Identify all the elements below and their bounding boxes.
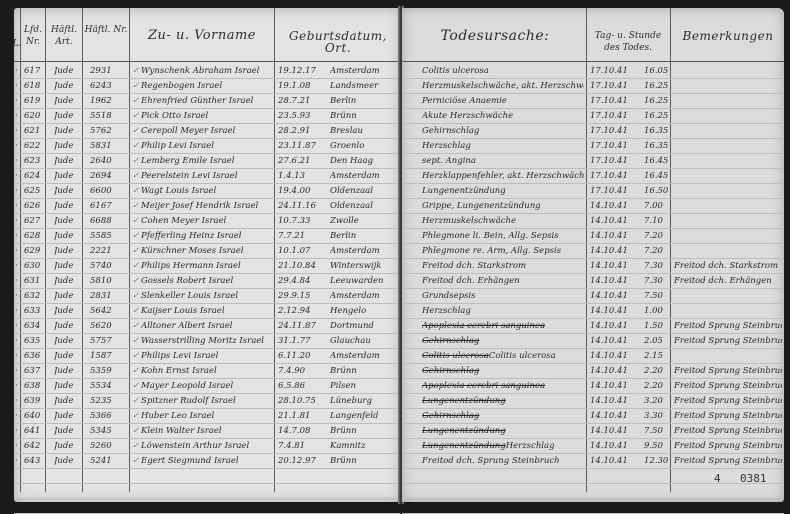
table-row: Perniciöse Anaemie17.10.4116.25 bbox=[402, 94, 784, 109]
death-time-cell: 16.25 bbox=[644, 81, 670, 91]
death-time-cell: 1.50 bbox=[644, 321, 670, 331]
cause-cell: Herzschlag bbox=[422, 306, 584, 316]
margin-mark: · bbox=[15, 351, 21, 361]
ruled-line bbox=[402, 333, 784, 334]
haeftl-nr-cell: 5366 bbox=[90, 411, 128, 421]
birth-date-cell: 7.7.21 bbox=[278, 231, 322, 241]
cause-cell: Phlegmone re. Arm, Allg. Sepsis bbox=[422, 246, 584, 256]
lfd-nr-cell: 619 bbox=[24, 96, 46, 106]
haeftl-art-cell: Jude bbox=[54, 126, 82, 136]
name-cell: Regenbogen Israel bbox=[141, 81, 273, 91]
birth-place-cell: Brünn bbox=[330, 456, 398, 466]
birth-place-cell: Brünn bbox=[330, 426, 398, 436]
check-icon: ✓ bbox=[132, 201, 140, 211]
haeftl-art-cell: Jude bbox=[54, 426, 82, 436]
haeftl-art-cell: Jude bbox=[54, 381, 82, 391]
birth-date-cell: 29.9.15 bbox=[278, 291, 322, 301]
birth-date-cell: 28.7.21 bbox=[278, 96, 322, 106]
margin-mark: · bbox=[15, 321, 21, 331]
cause-cell: Akute Herzschwäche bbox=[422, 111, 584, 121]
ruled-line bbox=[402, 378, 784, 379]
birth-place-cell: Breslau bbox=[330, 126, 398, 136]
birth-place-cell: Leeuwarden bbox=[330, 276, 398, 286]
death-time-cell: 16.50 bbox=[644, 186, 670, 196]
cause-cell: sept. Angina bbox=[422, 156, 584, 166]
check-icon: ✓ bbox=[132, 276, 140, 286]
birth-place-cell: Pilsen bbox=[330, 381, 398, 391]
cause-cell: Colitis ulcerosa Colitis ulcerosa bbox=[422, 351, 584, 361]
ruled-line bbox=[402, 303, 784, 304]
haeftl-art-cell: Jude bbox=[54, 231, 82, 241]
check-icon: ✓ bbox=[132, 291, 140, 301]
lfd-nr-cell: 624 bbox=[24, 171, 46, 181]
death-date-cell: 14.10.41 bbox=[590, 201, 640, 211]
lfd-nr-cell: 635 bbox=[24, 336, 46, 346]
haeftl-nr-cell: 1587 bbox=[90, 351, 128, 361]
birth-place-cell: Dortmund bbox=[330, 321, 398, 331]
death-time-cell: 7.50 bbox=[644, 291, 670, 301]
check-icon: ✓ bbox=[132, 216, 140, 226]
death-time-cell: 2.05 bbox=[644, 336, 670, 346]
table-row: Freitod dch. Erhängen14.10.417.30Freitod… bbox=[402, 274, 784, 289]
ruled-line bbox=[14, 123, 400, 124]
name-cell: Klein Walter Israel bbox=[141, 426, 273, 436]
header-haeftl-art: Häftl. Art. bbox=[47, 24, 81, 48]
ruled-line bbox=[14, 468, 400, 469]
table-row: ·632Jude2831✓Slenkeller Louis Israel29.9… bbox=[14, 289, 400, 304]
ruled-line bbox=[14, 438, 400, 439]
birth-date-cell: 28.10.75 bbox=[278, 396, 322, 406]
ruled-line bbox=[402, 198, 784, 199]
ruled-line bbox=[402, 318, 784, 319]
ruled-line bbox=[402, 213, 784, 214]
ruled-line bbox=[402, 453, 784, 454]
death-time-cell: 3.30 bbox=[644, 411, 670, 421]
birth-place-cell: Kamnitz bbox=[330, 441, 398, 451]
table-row: ·629Jude2221✓Kürschner Moses Israel10.1.… bbox=[14, 244, 400, 259]
check-icon: ✓ bbox=[132, 66, 140, 76]
table-row: ·643Jude5241✓Egert Siegmund Israel20.12.… bbox=[14, 454, 400, 469]
death-time-cell: 16.05 bbox=[644, 66, 670, 76]
death-time-cell: 16.45 bbox=[644, 156, 670, 166]
haeftl-nr-cell: 5831 bbox=[90, 141, 128, 151]
birth-date-cell: 29.4.84 bbox=[278, 276, 322, 286]
death-time-cell: 16.35 bbox=[644, 141, 670, 151]
birth-date-cell: 19.1.08 bbox=[278, 81, 322, 91]
birth-place-cell: Berlin bbox=[330, 96, 398, 106]
name-cell: Wagt Louis Israel bbox=[141, 186, 273, 196]
death-date-cell: 17.10.41 bbox=[590, 126, 640, 136]
cause-cell: Phlegmone li. Bein, Allg. Sepsis bbox=[422, 231, 584, 241]
ruled-line bbox=[14, 243, 400, 244]
birth-place-cell: Oldenzaal bbox=[330, 201, 398, 211]
haeftl-nr-cell: 5762 bbox=[90, 126, 128, 136]
ruled-line bbox=[14, 483, 400, 484]
check-icon: ✓ bbox=[132, 396, 140, 406]
margin-mark: · bbox=[15, 411, 21, 421]
cause-cell: Gehirnschlag bbox=[422, 411, 584, 421]
table-row: Herzmuskelschwäche14.10.417.10 bbox=[402, 214, 784, 229]
haeftl-art-cell: Jude bbox=[54, 456, 82, 466]
haeftl-nr-cell: 6167 bbox=[90, 201, 128, 211]
table-row: ·639Jude5235✓Spitzner Rudolf Israel28.10… bbox=[14, 394, 400, 409]
ruled-line bbox=[14, 153, 400, 154]
remarks-cell: Freitod Sprung Steinbruch bbox=[674, 411, 782, 421]
table-row: Apoplexia cerebri sanguinea14.10.411.50F… bbox=[402, 319, 784, 334]
death-time-cell: 7.50 bbox=[644, 426, 670, 436]
margin-mark: · bbox=[15, 186, 21, 196]
cause-cell: Lungenentzündung Herzschlag bbox=[422, 441, 584, 451]
header-cause: Todesursache: bbox=[406, 30, 584, 42]
check-icon: ✓ bbox=[132, 96, 140, 106]
name-cell: Kaijser Louis Israel bbox=[141, 306, 273, 316]
death-time-cell: 16.35 bbox=[644, 126, 670, 136]
haeftl-art-cell: Jude bbox=[54, 321, 82, 331]
cause-cell: Gehirnschlag bbox=[422, 126, 584, 136]
margin-mark: · bbox=[15, 261, 21, 271]
haeftl-nr-cell: 5642 bbox=[90, 306, 128, 316]
margin-mark: · bbox=[15, 216, 21, 226]
lfd-nr-cell: 637 bbox=[24, 366, 46, 376]
ruled-line bbox=[14, 168, 400, 169]
name-cell: Meijer Josef Hendrik Israel bbox=[141, 201, 273, 211]
check-icon: ✓ bbox=[132, 426, 140, 436]
lfd-nr-cell: 640 bbox=[24, 411, 46, 421]
ruled-line bbox=[402, 408, 784, 409]
table-row: Gehirnschlag14.10.413.30Freitod Sprung S… bbox=[402, 409, 784, 424]
death-time-cell: 7.30 bbox=[644, 261, 670, 271]
birth-date-cell: 7.4.90 bbox=[278, 366, 322, 376]
lfd-nr-cell: 628 bbox=[24, 231, 46, 241]
ruled-line bbox=[14, 213, 400, 214]
lfd-nr-cell: 631 bbox=[24, 276, 46, 286]
lfd-nr-cell: 622 bbox=[24, 141, 46, 151]
death-date-cell: 14.10.41 bbox=[590, 276, 640, 286]
cause-cell: Colitis ulcerosa bbox=[422, 66, 584, 76]
birth-date-cell: 24.11.87 bbox=[278, 321, 322, 331]
birth-place-cell: Berlin bbox=[330, 231, 398, 241]
ruled-line bbox=[402, 93, 784, 94]
table-row: Gehirnschlag14.10.412.05Freitod Sprung S… bbox=[402, 334, 784, 349]
haeftl-art-cell: Jude bbox=[54, 216, 82, 226]
lfd-nr-cell: 625 bbox=[24, 186, 46, 196]
birth-date-cell: 14.7.08 bbox=[278, 426, 322, 436]
birth-place-cell: Zwolle bbox=[330, 216, 398, 226]
ruled-line bbox=[14, 318, 400, 319]
death-date-cell: 17.10.41 bbox=[590, 66, 640, 76]
name-cell: Philip Levi Israel bbox=[141, 141, 273, 151]
lfd-nr-cell: 641 bbox=[24, 426, 46, 436]
death-date-cell: 17.10.41 bbox=[590, 141, 640, 151]
margin-mark: · bbox=[15, 336, 21, 346]
check-icon: ✓ bbox=[132, 321, 140, 331]
header-date-time: Tag- u. Stunde des Todes. bbox=[588, 30, 668, 54]
ruled-line bbox=[402, 498, 784, 499]
margin-mark: · bbox=[15, 381, 21, 391]
death-date-cell: 14.10.41 bbox=[590, 381, 640, 391]
name-cell: Pick Otto Israel bbox=[141, 111, 273, 121]
table-row: ·627Jude6688✓Cohen Meyer Israel10.7.33Zw… bbox=[14, 214, 400, 229]
birth-date-cell: 21.1.81 bbox=[278, 411, 322, 421]
table-row: ·633Jude5642✓Kaijser Louis Israel2.12.94… bbox=[14, 304, 400, 319]
ruled-line bbox=[14, 378, 400, 379]
margin-mark: · bbox=[15, 291, 21, 301]
cause-cell: Herzmuskelschwäche, akt. Herzschwäche bbox=[422, 81, 584, 91]
table-row: ·630Jude5740✓Philips Hermann Israel21.10… bbox=[14, 259, 400, 274]
ruled-line bbox=[14, 258, 400, 259]
birth-place-cell: Den Haag bbox=[330, 156, 398, 166]
table-row: Herzschlag17.10.4116.35 bbox=[402, 139, 784, 154]
death-date-cell: 14.10.41 bbox=[590, 411, 640, 421]
haeftl-art-cell: Jude bbox=[54, 141, 82, 151]
haeftl-art-cell: Jude bbox=[54, 366, 82, 376]
check-icon: ✓ bbox=[132, 231, 140, 241]
death-date-cell: 17.10.41 bbox=[590, 186, 640, 196]
name-cell: Lemberg Emile Israel bbox=[141, 156, 273, 166]
birth-place-cell: Langenfeld bbox=[330, 411, 398, 421]
lfd-nr-cell: 620 bbox=[24, 111, 46, 121]
ledger-book: L. Lfd. Nr. Häftl. Art. Häftl. Nr. Zu- u… bbox=[0, 0, 790, 514]
death-time-cell: 12.30 bbox=[644, 456, 670, 466]
ruled-line bbox=[14, 423, 400, 424]
haeftl-nr-cell: 5757 bbox=[90, 336, 128, 346]
death-time-cell: 16.25 bbox=[644, 111, 670, 121]
death-time-cell: 7.10 bbox=[644, 216, 670, 226]
lfd-nr-cell: 639 bbox=[24, 396, 46, 406]
death-date-cell: 17.10.41 bbox=[590, 96, 640, 106]
table-row: ·617Jude2931✓Wynschenk Abraham Israel19.… bbox=[14, 64, 400, 79]
death-date-cell: 14.10.41 bbox=[590, 366, 640, 376]
margin-mark: · bbox=[15, 126, 21, 136]
check-icon: ✓ bbox=[132, 456, 140, 466]
table-row: Lungenentzündung14.10.413.20Freitod Spru… bbox=[402, 394, 784, 409]
check-icon: ✓ bbox=[132, 171, 140, 181]
haeftl-art-cell: Jude bbox=[54, 246, 82, 256]
death-time-cell: 7.00 bbox=[644, 201, 670, 211]
lfd-nr-cell: 623 bbox=[24, 156, 46, 166]
haeftl-art-cell: Jude bbox=[54, 66, 82, 76]
name-cell: Gossels Robert Israel bbox=[141, 276, 273, 286]
table-row: Lungenentzündung14.10.417.50Freitod Spru… bbox=[402, 424, 784, 439]
table-row: Akute Herzschwäche17.10.4116.25 bbox=[402, 109, 784, 124]
death-date-cell: 14.10.41 bbox=[590, 321, 640, 331]
margin-mark: · bbox=[15, 96, 21, 106]
header-lfd-nr: Lfd. Nr. bbox=[22, 24, 44, 48]
margin-mark: · bbox=[15, 141, 21, 151]
birth-place-cell: Amsterdam bbox=[330, 291, 398, 301]
check-icon: ✓ bbox=[132, 156, 140, 166]
table-row: ·622Jude5831✓Philip Levi Israel23.11.87G… bbox=[14, 139, 400, 154]
birth-date-cell: 19.12.17 bbox=[278, 66, 322, 76]
lfd-nr-cell: 630 bbox=[24, 261, 46, 271]
check-icon: ✓ bbox=[132, 366, 140, 376]
cause-cell: Gehirnschlag bbox=[422, 336, 584, 346]
ruled-line bbox=[402, 78, 784, 79]
ruled-line bbox=[402, 108, 784, 109]
ruled-line bbox=[402, 183, 784, 184]
remarks-cell: Freitod Sprung Steinbruch bbox=[674, 456, 782, 466]
haeftl-art-cell: Jude bbox=[54, 171, 82, 181]
death-time-cell: 16.25 bbox=[644, 96, 670, 106]
name-cell: Löwenstein Arthur Israel bbox=[141, 441, 273, 451]
haeftl-art-cell: Jude bbox=[54, 276, 82, 286]
birth-date-cell: 19.4.00 bbox=[278, 186, 322, 196]
ruled-line bbox=[14, 288, 400, 289]
table-row: Phlegmone re. Arm, Allg. Sepsis14.10.417… bbox=[402, 244, 784, 259]
ruled-line bbox=[402, 423, 784, 424]
table-row: Grippe, Lungenentzündung14.10.417.00 bbox=[402, 199, 784, 214]
death-date-cell: 14.10.41 bbox=[590, 231, 640, 241]
birth-place-cell: Winterswijk bbox=[330, 261, 398, 271]
table-row: ·637Jude5359✓Kohn Ernst Israel7.4.90Brün… bbox=[14, 364, 400, 379]
table-row: ·626Jude6167✓Meijer Josef Hendrik Israel… bbox=[14, 199, 400, 214]
table-row: ·618Jude6243✓Regenbogen Israel19.1.08Lan… bbox=[14, 79, 400, 94]
haeftl-nr-cell: 2640 bbox=[90, 156, 128, 166]
margin-mark: · bbox=[15, 111, 21, 121]
ruled-line bbox=[14, 273, 400, 274]
check-icon: ✓ bbox=[132, 126, 140, 136]
table-row: Herzmuskelschwäche, akt. Herzschwäche17.… bbox=[402, 79, 784, 94]
haeftl-nr-cell: 5235 bbox=[90, 396, 128, 406]
haeftl-nr-cell: 5345 bbox=[90, 426, 128, 436]
birth-date-cell: 27.6.21 bbox=[278, 156, 322, 166]
birth-date-cell: 24.11.16 bbox=[278, 201, 322, 211]
check-icon: ✓ bbox=[132, 306, 140, 316]
lfd-nr-cell: 633 bbox=[24, 306, 46, 316]
death-time-cell: 9.50 bbox=[644, 441, 670, 451]
remarks-cell: Freitod Sprung Steinbruch bbox=[674, 381, 782, 391]
death-time-cell: 2.20 bbox=[644, 381, 670, 391]
name-cell: Slenkeller Louis Israel bbox=[141, 291, 273, 301]
haeftl-art-cell: Jude bbox=[54, 336, 82, 346]
cause-cell: Perniciöse Anaemie bbox=[422, 96, 584, 106]
table-row: ·636Jude1587✓Philips Levi Israel6.11.20A… bbox=[14, 349, 400, 364]
cause-cell: Gehirnschlag bbox=[422, 366, 584, 376]
death-date-cell: 14.10.41 bbox=[590, 306, 640, 316]
lfd-nr-cell: 618 bbox=[24, 81, 46, 91]
birth-place-cell: Brünn bbox=[330, 111, 398, 121]
name-cell: Egert Siegmund Israel bbox=[141, 456, 273, 466]
haeftl-nr-cell: 6600 bbox=[90, 186, 128, 196]
death-time-cell: 1.00 bbox=[644, 306, 670, 316]
ruled-line bbox=[14, 333, 400, 334]
ruled-line bbox=[14, 228, 400, 229]
birth-date-cell: 28.2.91 bbox=[278, 126, 322, 136]
ruled-line bbox=[14, 198, 400, 199]
haeftl-art-cell: Jude bbox=[54, 306, 82, 316]
table-row: Colitis ulcerosa Colitis ulcerosa14.10.4… bbox=[402, 349, 784, 364]
table-row: ·634Jude5620✓Alltoner Albert Israel24.11… bbox=[14, 319, 400, 334]
lfd-nr-cell: 643 bbox=[24, 456, 46, 466]
death-time-cell: 3.20 bbox=[644, 396, 670, 406]
death-time-cell: 2.20 bbox=[644, 366, 670, 376]
name-cell: Spitzner Rudolf Israel bbox=[141, 396, 273, 406]
margin-mark: · bbox=[15, 231, 21, 241]
name-cell: Huber Leo Israel bbox=[141, 411, 273, 421]
margin-mark: · bbox=[15, 171, 21, 181]
cause-cell: Lungenentzündung bbox=[422, 186, 584, 196]
ruled-line bbox=[402, 228, 784, 229]
cause-cell: Lungenentzündung bbox=[422, 396, 584, 406]
check-icon: ✓ bbox=[132, 261, 140, 271]
header-remarks: Bemerkungen bbox=[672, 30, 784, 42]
birth-place-cell: Amsterdam bbox=[330, 171, 398, 181]
ruled-line bbox=[14, 183, 400, 184]
remarks-cell: Freitod Sprung Steinbruch bbox=[674, 321, 782, 331]
death-time-cell: 7.30 bbox=[644, 276, 670, 286]
death-date-cell: 14.10.41 bbox=[590, 456, 640, 466]
table-row: Gehirnschlag17.10.4116.35 bbox=[402, 124, 784, 139]
check-icon: ✓ bbox=[132, 336, 140, 346]
death-date-cell: 14.10.41 bbox=[590, 216, 640, 226]
table-row: Lungenentzündung17.10.4116.50 bbox=[402, 184, 784, 199]
death-time-cell: 16.45 bbox=[644, 171, 670, 181]
margin-mark: · bbox=[15, 201, 21, 211]
birth-place-cell: Groenlo bbox=[330, 141, 398, 151]
haeftl-nr-cell: 5241 bbox=[90, 456, 128, 466]
ruled-line bbox=[14, 453, 400, 454]
death-date-cell: 14.10.41 bbox=[590, 291, 640, 301]
ruled-line bbox=[402, 393, 784, 394]
check-icon: ✓ bbox=[132, 441, 140, 451]
death-time-cell: 2.15 bbox=[644, 351, 670, 361]
margin-mark: · bbox=[15, 306, 21, 316]
name-cell: Pfefferling Heinz Israel bbox=[141, 231, 273, 241]
haeftl-nr-cell: 2931 bbox=[90, 66, 128, 76]
name-cell: Cerepoll Meyer Israel bbox=[141, 126, 273, 136]
margin-mark: · bbox=[15, 441, 21, 451]
haeftl-nr-cell: 6243 bbox=[90, 81, 128, 91]
header-haeftl-nr: Häftl. Nr. bbox=[84, 24, 128, 36]
cause-cell: Freitod dch. Erhängen bbox=[422, 276, 584, 286]
lfd-nr-cell: 634 bbox=[24, 321, 46, 331]
death-date-cell: 14.10.41 bbox=[590, 351, 640, 361]
table-row: Herzschlag14.10.411.00 bbox=[402, 304, 784, 319]
birth-date-cell: 6.5.86 bbox=[278, 381, 322, 391]
check-icon: ✓ bbox=[132, 141, 140, 151]
cause-cell: Freitod dch. Sprung Steinbruch bbox=[422, 456, 584, 466]
death-date-cell: 14.10.41 bbox=[590, 336, 640, 346]
table-row: ·628Jude5585✓Pfefferling Heinz Israel7.7… bbox=[14, 229, 400, 244]
ruled-line bbox=[14, 138, 400, 139]
cause-cell: Freitod dch. Starkstrom bbox=[422, 261, 584, 271]
ruled-line bbox=[402, 348, 784, 349]
lfd-nr-cell: 629 bbox=[24, 246, 46, 256]
table-row: ·638Jude5534✓Mayer Leopold Israel6.5.86P… bbox=[14, 379, 400, 394]
cause-cell: Grundsepsis bbox=[422, 291, 584, 301]
death-date-cell: 17.10.41 bbox=[590, 111, 640, 121]
correction-text: Herzschlag bbox=[506, 441, 555, 451]
haeftl-nr-cell: 5518 bbox=[90, 111, 128, 121]
left-page: L. Lfd. Nr. Häftl. Art. Häftl. Nr. Zu- u… bbox=[14, 8, 400, 502]
cause-cell: Herzschlag bbox=[422, 141, 584, 151]
birth-date-cell: 1.4.13 bbox=[278, 171, 322, 181]
table-row: ·640Jude5366✓Huber Leo Israel21.1.81Lang… bbox=[14, 409, 400, 424]
birth-place-cell: Amsterdam bbox=[330, 66, 398, 76]
ruled-line bbox=[14, 93, 400, 94]
haeftl-nr-cell: 5620 bbox=[90, 321, 128, 331]
haeftl-art-cell: Jude bbox=[54, 81, 82, 91]
ruled-line bbox=[14, 108, 400, 109]
lfd-nr-cell: 626 bbox=[24, 201, 46, 211]
ruled-line bbox=[14, 78, 400, 79]
birth-date-cell: 23.5.93 bbox=[278, 111, 322, 121]
lfd-nr-cell: 627 bbox=[24, 216, 46, 226]
haeftl-nr-cell: 5810 bbox=[90, 276, 128, 286]
check-icon: ✓ bbox=[132, 351, 140, 361]
death-date-cell: 14.10.41 bbox=[590, 246, 640, 256]
table-row: ·631Jude5810✓Gossels Robert Israel29.4.8… bbox=[14, 274, 400, 289]
